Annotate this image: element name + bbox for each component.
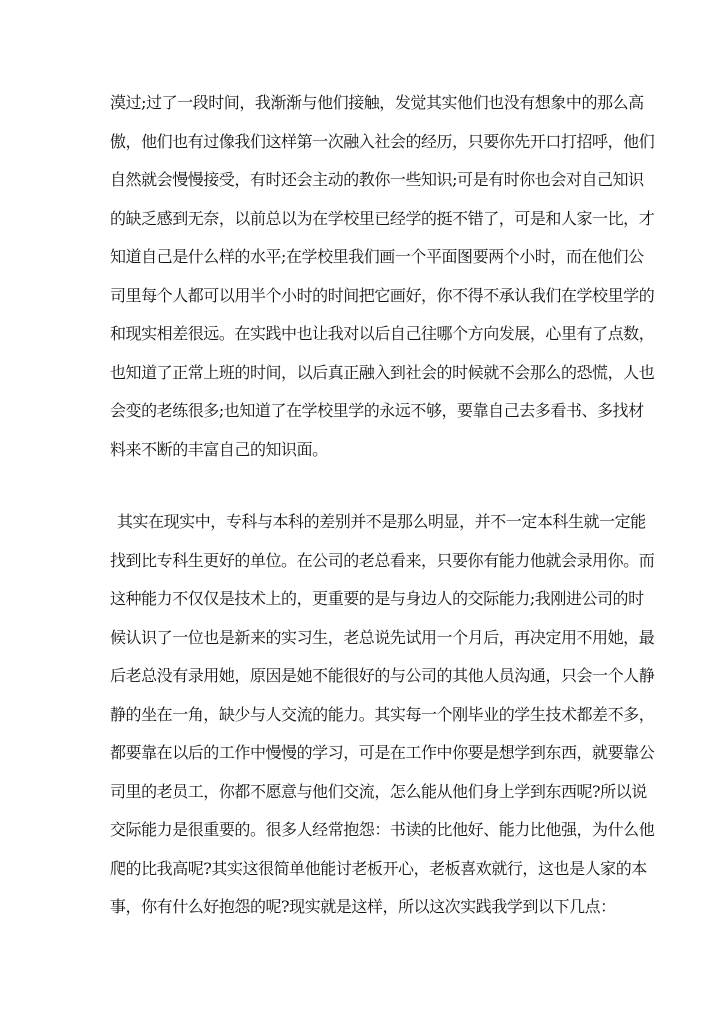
text-line: 后老总没有录用她，原因是她不能很好的与公司的其他人员沟通，只会一个人静: [110, 665, 613, 704]
text-line: 静的坐在一角，缺少与人交流的能力。其实每一个刚毕业的学生技术都差不多，: [110, 704, 613, 743]
text-line: 其实在现实中，专科与本科的差别并不是那么明显，并不一定本科生就一定能: [110, 511, 613, 550]
text-line: 漠过;过了一段时间，我渐渐与他们接触，发觉其实他们也没有想象中的那么高: [110, 92, 613, 131]
text-line: 自然就会慢慢接受，有时还会主动的教你一些知识;可是有时你也会对自己知识: [110, 169, 613, 208]
text-line: 找到比专科生更好的单位。在公司的老总看来，只要你有能力他就会录用你。而: [110, 550, 613, 589]
text-line: 这种能力不仅仅是技术上的，更重要的是与身边人的交际能力;我刚进公司的时: [110, 588, 613, 627]
text-line: 的缺乏感到无奈，以前总以为在学校里已经学的挺不错了，可是和人家一比，才: [110, 208, 613, 247]
text-line: 交际能力是很重要的。很多人经常抱怨：书读的比他好、能力比他强，为什么他: [110, 819, 613, 858]
text-line: 会变的老练很多;也知道了在学校里学的永远不够，要靠自己去多看书、多找材: [110, 400, 613, 439]
paragraph-2: 其实在现实中，专科与本科的差别并不是那么明显，并不一定本科生就一定能 找到比专科…: [110, 511, 613, 935]
paragraph-1: 漠过;过了一段时间，我渐渐与他们接触，发觉其实他们也没有想象中的那么高 傲，他们…: [110, 92, 613, 477]
text-line: 都要靠在以后的工作中慢慢的学习，可是在工作中你要是想学到东西，就要靠公: [110, 742, 613, 781]
text-line: 知道自己是什么样的水平;在学校里我们画一个平面图要两个小时，而在他们公: [110, 246, 613, 285]
text-line: 也知道了正常上班的时间，以后真正融入到社会的时候就不会那么的恐慌，人也: [110, 362, 613, 401]
text-line: 候认识了一位也是新来的实习生，老总说先试用一个月后，再决定用不用她，最: [110, 627, 613, 666]
text-line: 傲，他们也有过像我们这样第一次融入社会的经历，只要你先开口打招呼，他们: [110, 131, 613, 170]
text-line: 料来不断的丰富自己的知识面。: [110, 439, 613, 478]
document-page: 漠过;过了一段时间，我渐渐与他们接触，发觉其实他们也没有想象中的那么高 傲，他们…: [110, 92, 613, 935]
text-line: 爬的比我高呢?其实这很简单他能讨老板开心，老板喜欢就行，这也是人家的本: [110, 858, 613, 897]
text-line: 事，你有什么好抱怨的呢?现实就是这样，所以这次实践我学到以下几点：: [110, 896, 613, 935]
text-line: 司里的老员工，你都不愿意与他们交流，怎么能从他们身上学到东西呢?所以说: [110, 781, 613, 820]
text-line: 司里每个人都可以用半个小时的时间把它画好，你不得不承认我们在学校里学的: [110, 285, 613, 324]
text-line: 和现实相差很远。在实践中也让我对以后自己往哪个方向发展，心里有了点数，: [110, 323, 613, 362]
